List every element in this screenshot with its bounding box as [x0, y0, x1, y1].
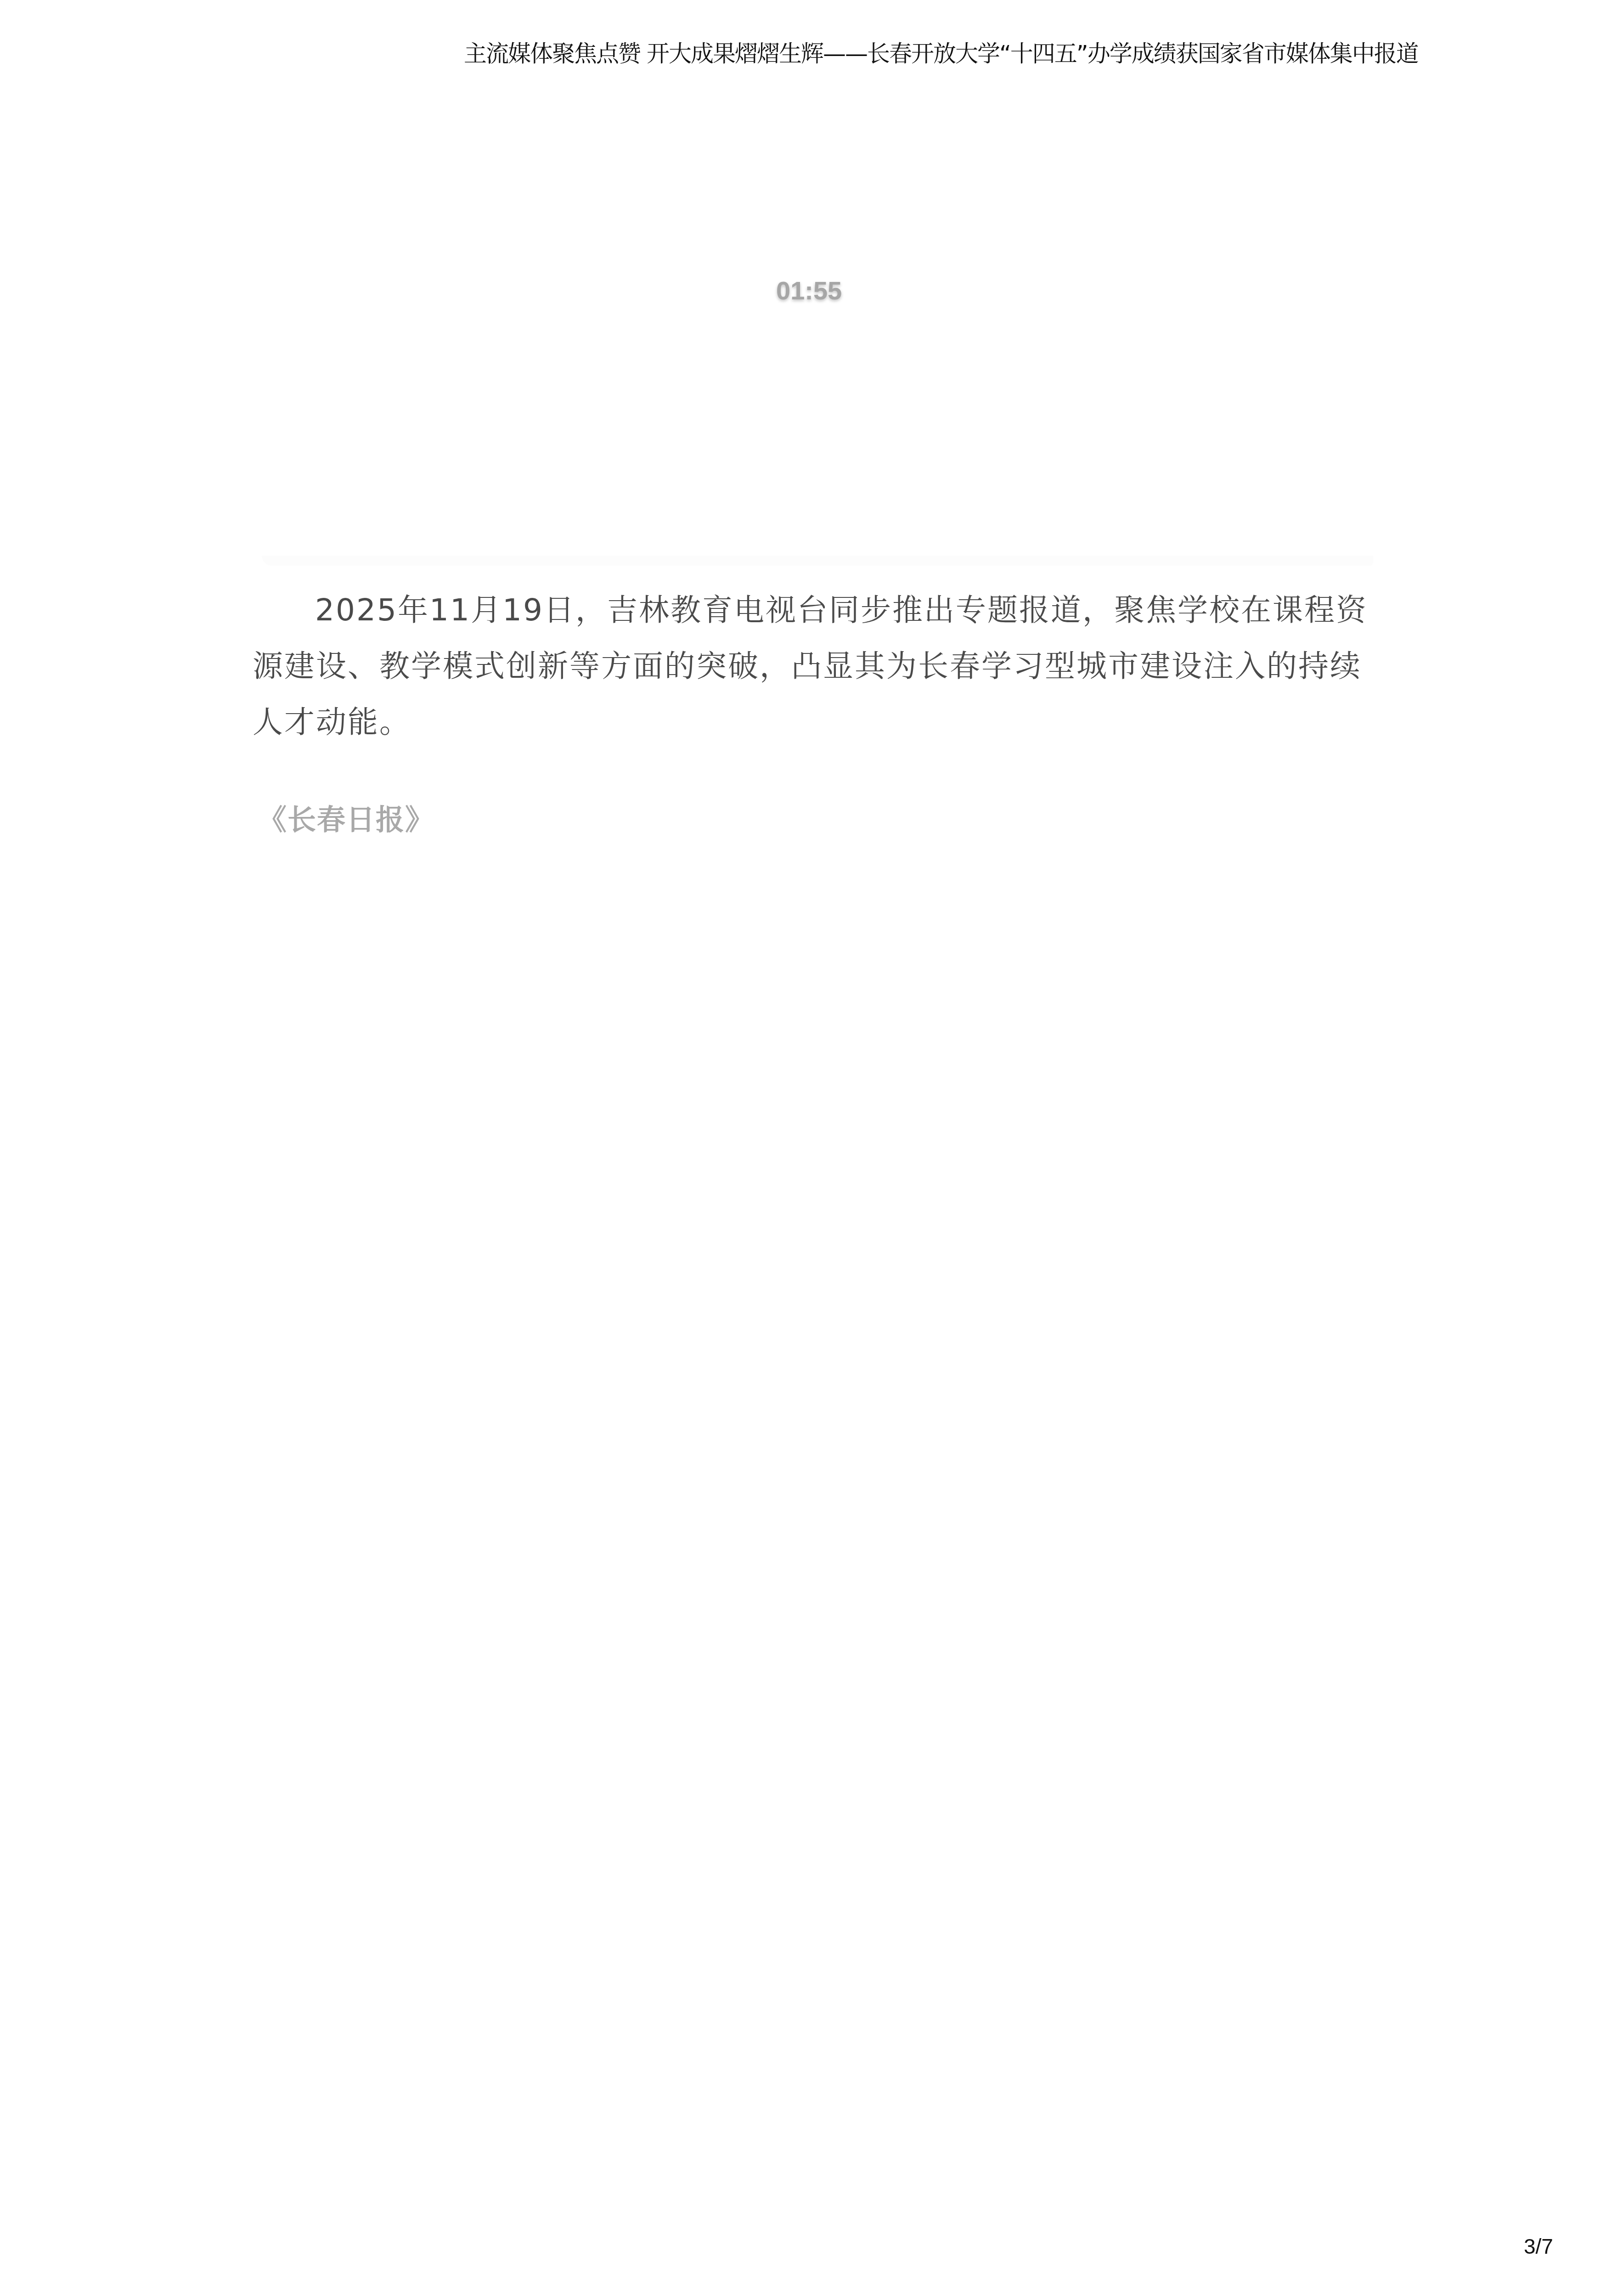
page-header-title: 主流媒体聚焦点赞 开大成果熠熠生辉——长春开放大学“十四五”办学成绩获国家省市媒…	[464, 38, 1428, 70]
page-number: 3/7	[1524, 2234, 1553, 2259]
video-duration: 01:55	[776, 276, 842, 305]
article-paragraph: 2025年11月19日，吉林教育电视台同步推出专题报道，聚焦学校在课程资源建设、…	[253, 582, 1373, 750]
video-player[interactable]: 01:55	[253, 216, 1373, 565]
video-bottom-edge	[262, 556, 1373, 566]
source-label: 《长春日报》	[258, 802, 434, 838]
